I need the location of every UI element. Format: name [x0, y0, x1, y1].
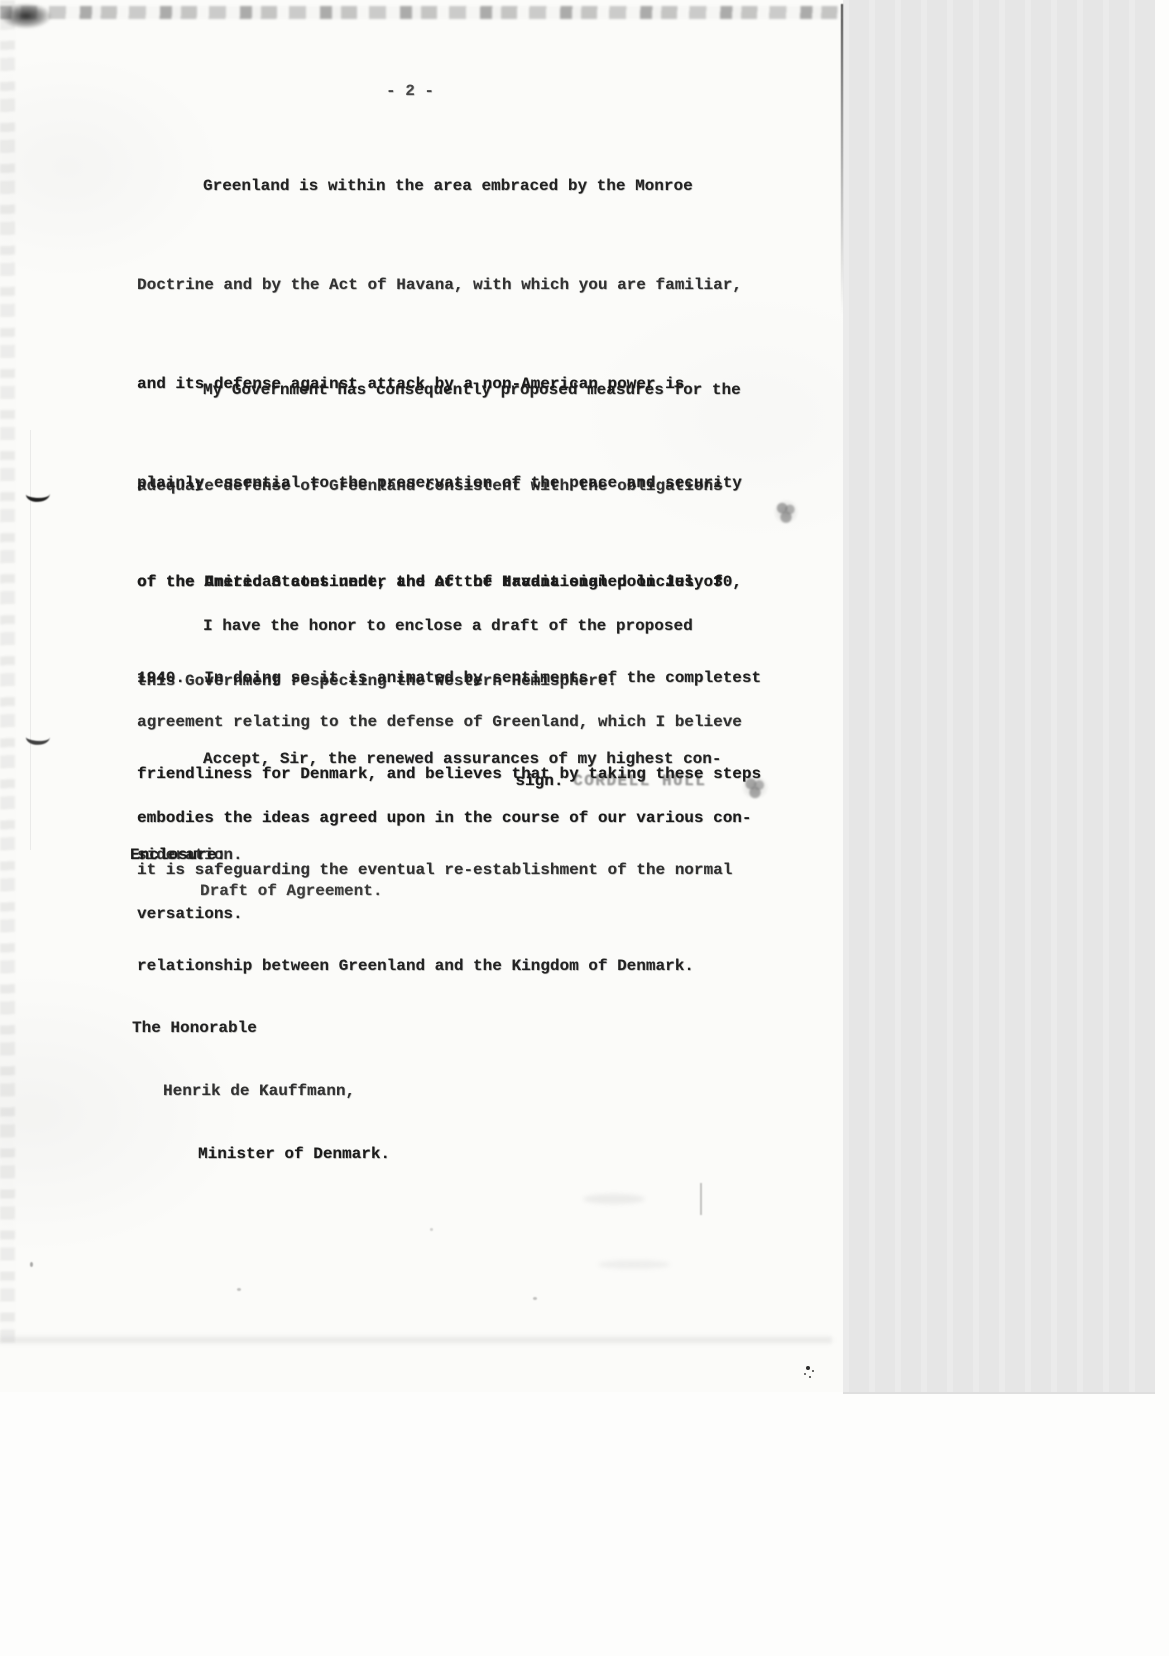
enclosure-item: Draft of Agreement.: [200, 881, 382, 901]
scan-streak: [0, 1337, 832, 1343]
ink-speck-cluster: [806, 1366, 810, 1370]
recipient-line: The Honorable: [132, 1018, 390, 1039]
ink-speck: [430, 1228, 433, 1231]
signature-line: sign. CORDELL HULL: [477, 751, 706, 811]
text-line: I have the honor to enclose a draft of t…: [137, 610, 752, 642]
signature-prefix: sign.: [515, 772, 573, 790]
signature-name: CORDELL HULL: [573, 772, 706, 790]
text-line: Doctrine and by the Act of Havana, with …: [137, 269, 742, 302]
ink-speck: [30, 1262, 33, 1267]
scan-tick-mark: [700, 1183, 702, 1215]
scan-edge-strip: [0, 0, 15, 1345]
text-line: Greenland is within the area embraced by…: [137, 170, 742, 203]
recipient-address-block: The Honorable Henrik de Kauffmann, Minis…: [132, 976, 390, 1207]
faint-stain: [598, 1260, 670, 1269]
enclosure-label: Enclosure:: [130, 845, 226, 865]
scan-noise-band: [0, 6, 845, 19]
text-line: My Government has consequently proposed …: [137, 374, 761, 406]
text-line: adequate defense of Greenland consistent…: [137, 470, 761, 502]
ink-speck: [237, 1288, 241, 1291]
page-number: - 2 -: [386, 81, 434, 101]
paper-edge-shadow: [841, 4, 843, 314]
scanner-background-panel: [843, 0, 1155, 1394]
recipient-line: Minister of Denmark.: [132, 1144, 390, 1165]
scanned-letter-page: - 2 - Greenland is within the area embra…: [0, 0, 1169, 1656]
faint-stain: [583, 1194, 645, 1204]
ink-speck: [533, 1297, 537, 1300]
recipient-line: Henrik de Kauffmann,: [132, 1081, 390, 1102]
